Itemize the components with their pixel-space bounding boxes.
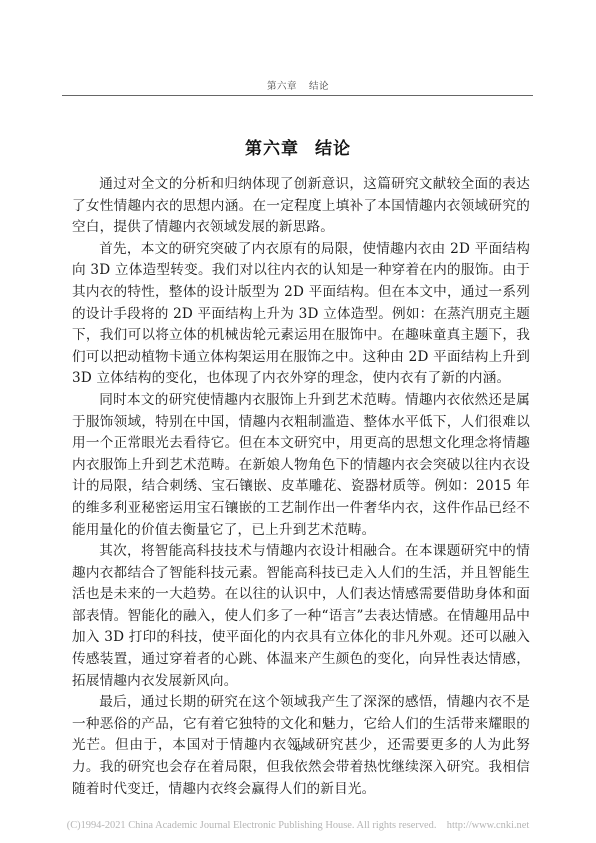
page-number: 43 [0, 744, 596, 754]
body-text: 通过对全文的分析和归纳体现了创新意识，这篇研究文献较全面的表达了女性情趣内衣的思… [72, 174, 530, 800]
paragraph-art: 同时本文的研究使情趣内衣服饰上升到艺术范畴。情趣内衣依然还是属于服饰领域，特别在… [72, 390, 530, 541]
paragraph-technology: 其次，将智能高科技技术与情趣内衣设计相融合。在本课题研究中的情趣内衣都结合了智能… [72, 541, 530, 692]
chapter-title: 第六章结论 [0, 134, 596, 159]
running-header-chapter-label: 第六章 [267, 81, 297, 92]
running-header-chapter-name: 结论 [309, 81, 329, 92]
paragraph-intro: 通过对全文的分析和归纳体现了创新意识，这篇研究文献较全面的表达了女性情趣内衣的思… [72, 174, 530, 239]
header-divider [62, 95, 533, 96]
chapter-title-name: 结论 [315, 139, 351, 159]
chapter-title-label: 第六章 [245, 139, 299, 159]
running-header: 第六章结论 [0, 78, 596, 92]
paragraph-first: 首先，本文的研究突破了内衣原有的局限，使情趣内衣由 2D 平面结构向 3D 立体… [72, 239, 530, 390]
copyright-footer: (C)1994-2021 China Academic Journal Elec… [0, 820, 596, 831]
